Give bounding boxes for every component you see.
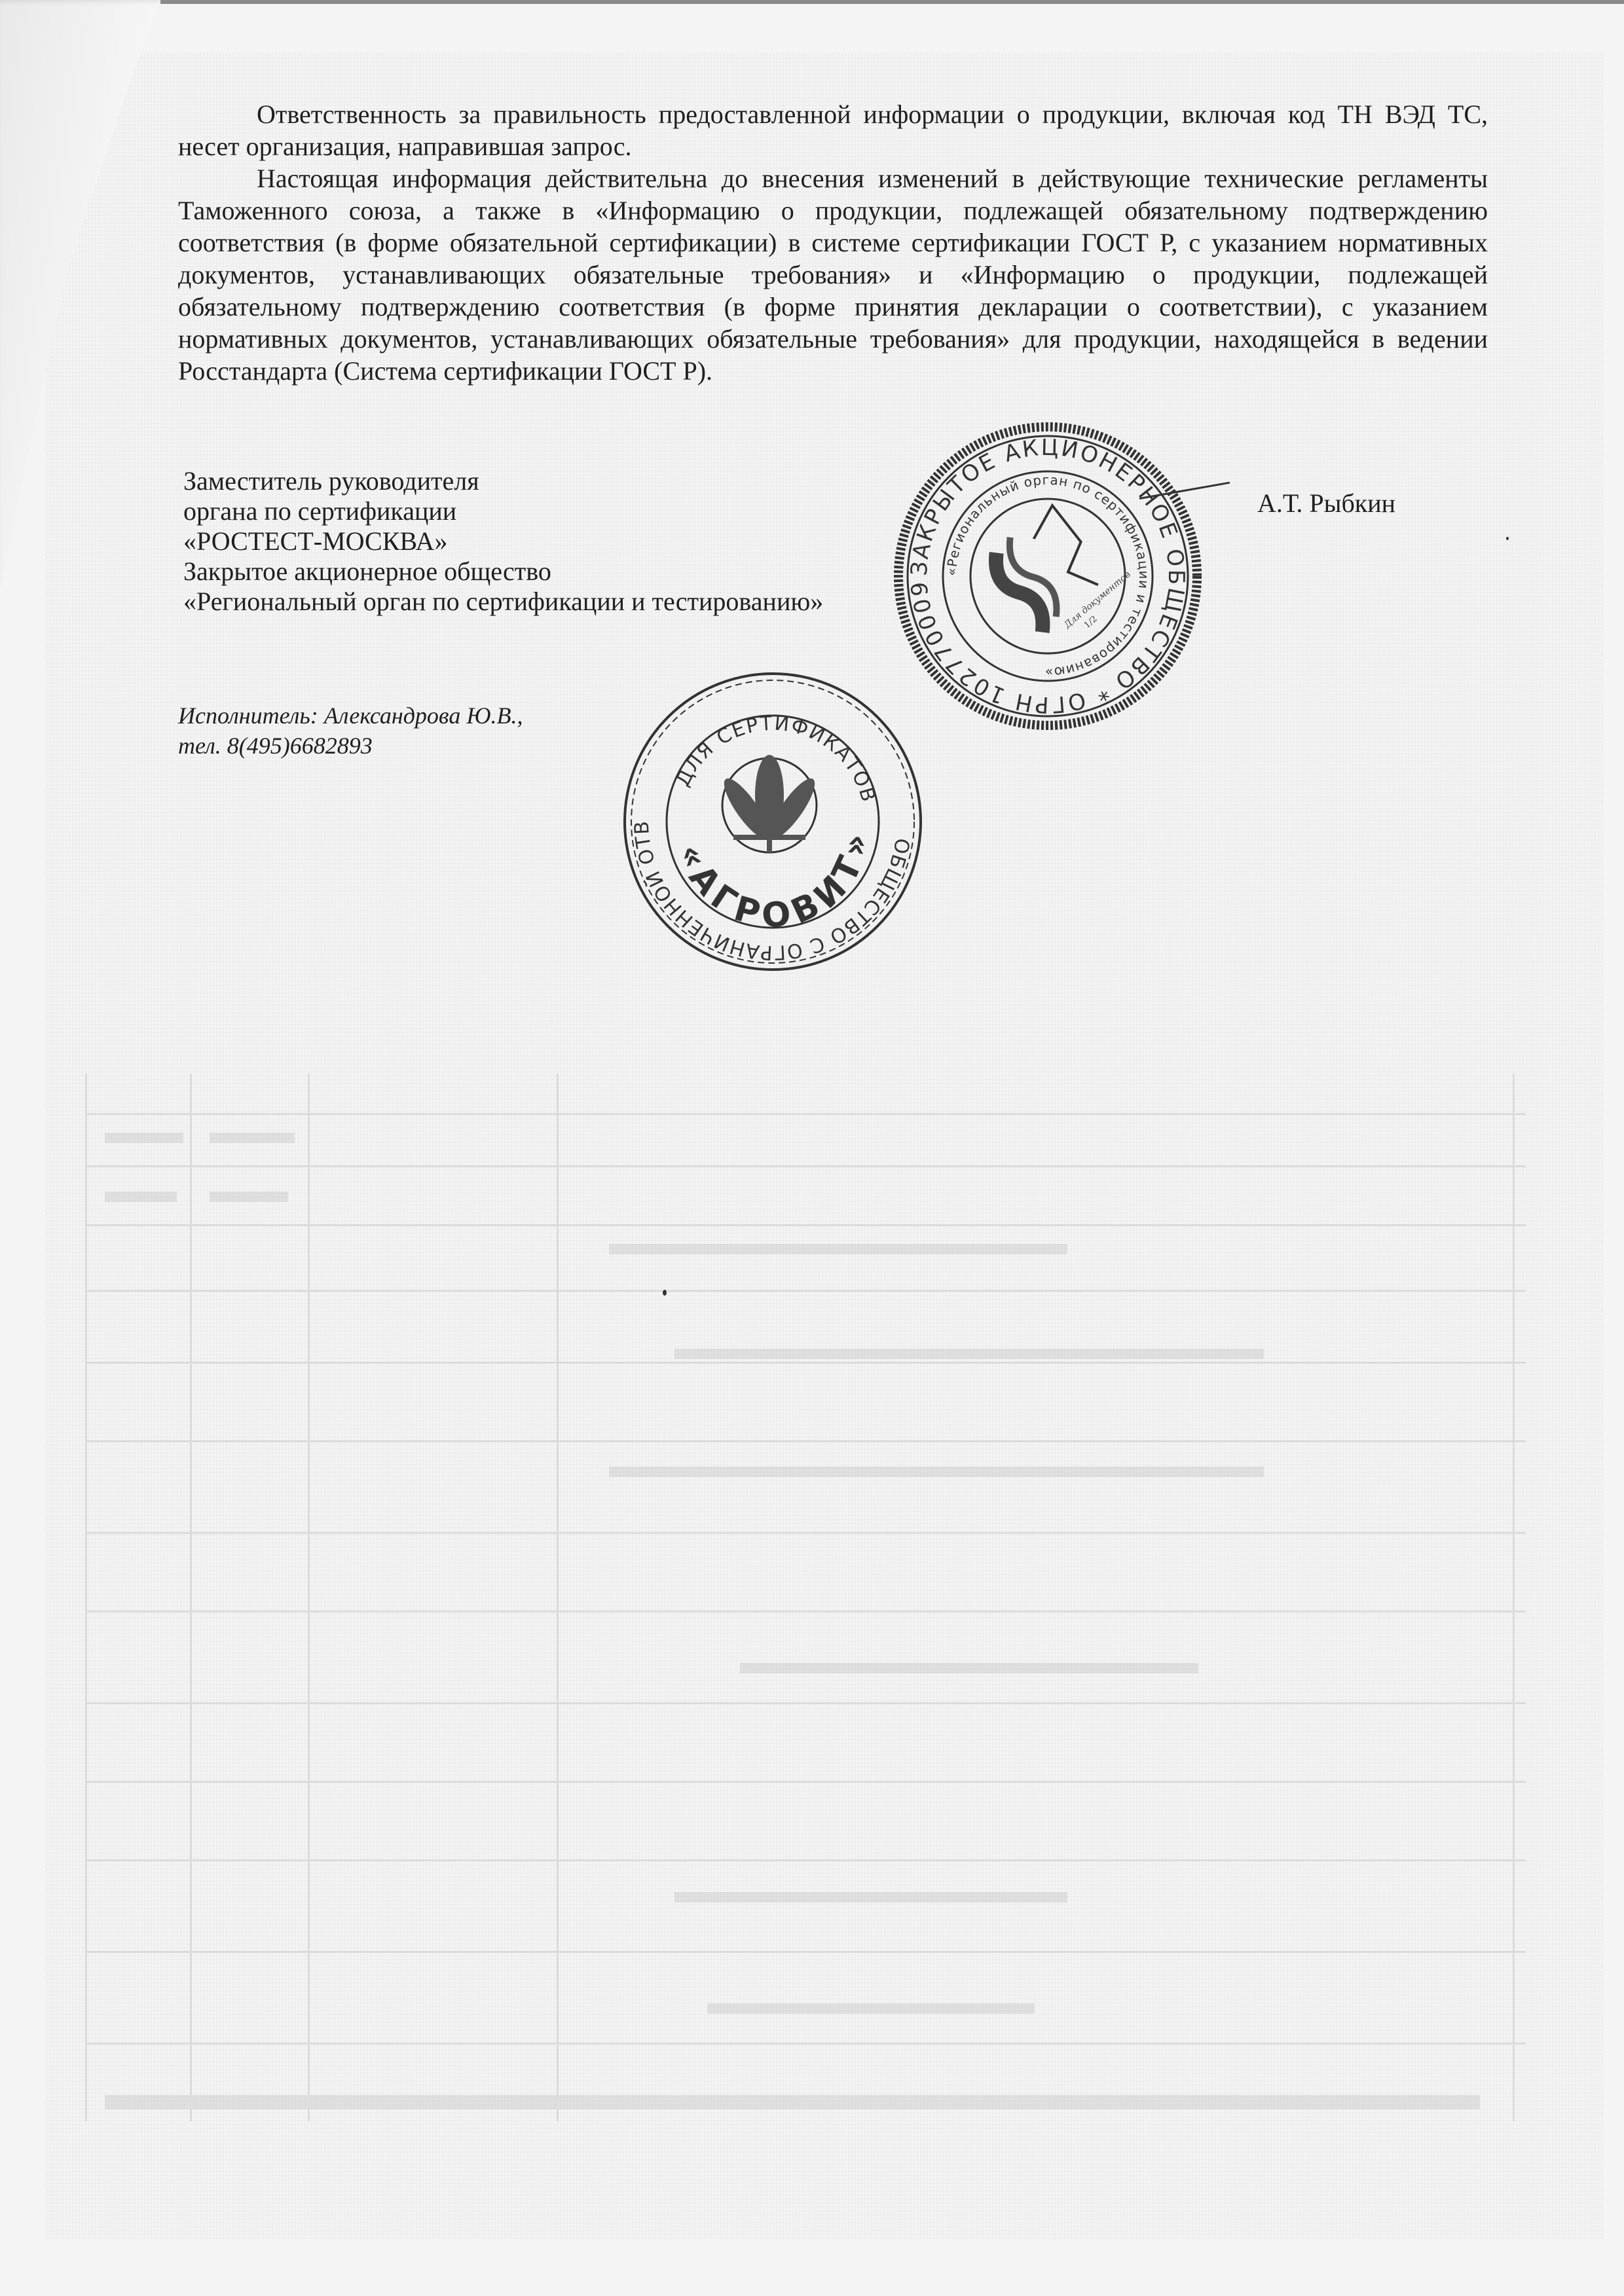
scan-speck (1506, 537, 1509, 540)
reverse-side-bleed-through (85, 1074, 1526, 2121)
signer-name: А.Т. Рыбкин (1257, 488, 1395, 519)
paragraph-validity: Настоящая информация действительна до вн… (178, 162, 1488, 387)
signature-block: Заместитель руководителя органа по серти… (183, 466, 823, 617)
agrovit-round-stamp: ОБЩЕСТВО С ОГРАНИЧЕННОЙ ОТВЕТСТВЕННОСТЬЮ… (619, 668, 927, 975)
signer-title-line-3: «РОСТЕСТ-МОСКВА» (183, 526, 823, 556)
paragraph-responsibility: Ответственность за правильность предоста… (178, 98, 1488, 162)
signer-title-line-4: Закрытое акционерное общество (183, 556, 823, 587)
signer-title-line-5: «Региональный орган по сертификации и те… (183, 587, 823, 617)
executor-info: Исполнитель: Александрова Ю.В., тел. 8(4… (178, 701, 523, 761)
rostest-round-stamp: ЗАКРЫТОЕ АКЦИОНЕРНОЕ ОБЩЕСТВО * ОГРН 102… (891, 419, 1205, 733)
page-top-edge (160, 0, 1624, 4)
executor-name: Исполнитель: Александрова Ю.В., (178, 701, 523, 731)
body-text: Ответственность за правильность предоста… (178, 98, 1488, 387)
signer-title-line-2: органа по сертификации (183, 496, 823, 526)
leaf-logo-icon (717, 755, 821, 852)
scan-speck (663, 1290, 667, 1296)
signer-title-line-1: Заместитель руководителя (183, 466, 823, 496)
executor-phone: тел. 8(495)6682893 (178, 731, 523, 761)
scanned-page: Ответственность за правильность предоста… (0, 0, 1624, 2296)
